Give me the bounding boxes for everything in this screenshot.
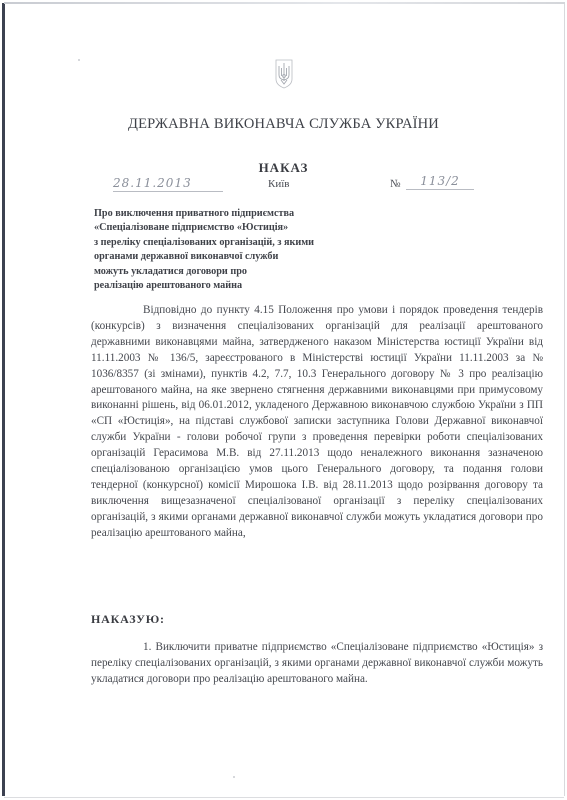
preamble-paragraph: Відповідно до пункту 4.15 Положення про …: [91, 303, 543, 542]
scan-speck: [78, 59, 80, 61]
preamble-section: Відповідно до пункту 4.15 Положення про …: [91, 303, 543, 542]
document-type-title: НАКАЗ: [0, 160, 567, 176]
subject-line: «Спеціалізоване підприємство «Юстиція»: [94, 221, 414, 235]
decree-item-1: 1. Виключити приватне підприємство «Спец…: [91, 640, 543, 688]
handwritten-order-number: 113/2: [406, 174, 474, 190]
scanned-document-page: ДЕРЖАВНА ВИКОНАВЧА СЛУЖБА УКРАЇНИ НАКАЗ …: [0, 0, 567, 800]
subject-line: Про виключення приватного підприємства: [94, 207, 414, 221]
organization-title: ДЕРЖАВНА ВИКОНАВЧА СЛУЖБА УКРАЇНИ: [0, 116, 567, 133]
scan-speck: [233, 776, 235, 778]
order-subject: Про виключення приватного підприємства «…: [94, 207, 414, 293]
number-sign: №: [390, 178, 401, 190]
scan-edge-bottom: [4, 797, 564, 798]
handwritten-date: 28.11.2013: [113, 176, 223, 192]
subject-line: реалізацію арештованого майна: [94, 279, 414, 293]
scan-edge-top: [4, 2, 565, 4]
decree-items: 1. Виключити приватне підприємство «Спец…: [91, 640, 543, 688]
ukraine-trident-emblem-icon: [275, 59, 293, 89]
decree-heading: НАКАЗУЮ:: [91, 612, 165, 627]
city-label: Київ: [268, 178, 289, 190]
subject-line: можуть укладатися договори про: [94, 265, 414, 279]
subject-line: з переліку спеціалізованих організацій, …: [94, 236, 414, 250]
subject-line: органами державної виконавчої служби: [94, 250, 414, 264]
